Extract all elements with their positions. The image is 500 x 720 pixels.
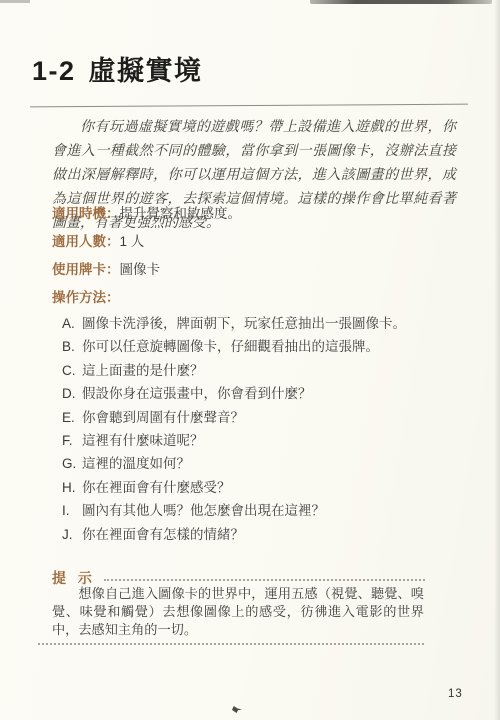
steps-list: A. 圖像卡洗淨後，牌面朝下，玩家任意抽出一張圖像卡。 B. 你可以任意旋轉圖像… [62, 312, 462, 546]
info-value: 圖像卡 [120, 262, 161, 277]
info-row-cards: 使用牌卡： 圖像卡 [52, 262, 452, 277]
step-item: D. 假設你身在這張畫中，你會看到什麼？ [62, 382, 462, 405]
step-text: 這裡有什麼味道呢？ [82, 429, 204, 452]
info-section: 適用時機： 提升覺察和敏感度。 適用人數： 1 人 使用牌卡： 圖像卡 操作方法… [52, 206, 452, 318]
step-letter: I. [62, 499, 82, 522]
step-item: C. 這上面畫的是什麼？ [62, 359, 462, 382]
step-letter: H. [62, 476, 82, 499]
step-letter: D. [62, 382, 82, 405]
title-divider [30, 104, 468, 108]
step-letter: F. [62, 429, 82, 452]
step-item: H. 你在裡面會有什麼感受？ [62, 476, 462, 499]
hint-dotted-rule-top [104, 579, 425, 581]
step-letter: G. [62, 452, 82, 475]
info-label: 使用牌卡： [52, 262, 120, 277]
step-item: E. 你會聽到周圍有什麼聲音？ [62, 406, 462, 429]
hint-paragraph: 想像自己進入圖像卡的世界中，運用五感（視覺、聽覺、嗅覺、味覺和觸覺）去想像圖像上… [52, 585, 424, 638]
page-number: 13 [448, 688, 463, 700]
step-text: 你在裡面會有什麼感受？ [82, 476, 231, 499]
step-text: 這上面畫的是什麼？ [82, 359, 204, 382]
step-text: 這裡的溫度如何？ [82, 452, 190, 475]
info-label: 適用時機： [52, 206, 120, 221]
scan-edge-shadow [494, 0, 500, 720]
step-text: 假設你身在這張畫中，你會看到什麼？ [82, 382, 312, 405]
step-text: 圖像卡洗淨後，牌面朝下，玩家任意抽出一張圖像卡。 [82, 312, 406, 335]
step-letter: B. [62, 335, 82, 358]
step-item: A. 圖像卡洗淨後，牌面朝下，玩家任意抽出一張圖像卡。 [62, 312, 462, 335]
info-value: 提升覺察和敏感度。 [120, 206, 242, 221]
info-label: 適用人數： [52, 234, 120, 249]
scanned-book-page: 1-2 虛擬實境 你有玩過虛擬實境的遊戲嗎？帶上設備進入遊戲的世界，你會進入一種… [0, 0, 500, 720]
info-value: 1 人 [120, 234, 145, 249]
info-row-timing: 適用時機： 提升覺察和敏感度。 [52, 206, 452, 221]
info-label: 操作方法： [52, 290, 120, 305]
step-letter: C. [62, 359, 82, 382]
scan-artifact-top-left [0, 0, 30, 3]
ink-smudge-mark [232, 706, 242, 713]
step-letter: J. [62, 523, 82, 546]
section-title: 1-2 虛擬實境 [32, 54, 203, 88]
step-text: 你可以任意旋轉圖像卡，仔細觀看抽出的這張牌。 [82, 335, 379, 358]
step-letter: E. [62, 406, 82, 429]
step-item: G. 這裡的溫度如何？ [62, 452, 462, 475]
step-letter: A. [62, 312, 82, 335]
hint-dotted-rule-bottom [38, 643, 424, 645]
step-text: 你會聽到周圍有什麼聲音？ [82, 406, 244, 429]
info-row-players: 適用人數： 1 人 [52, 234, 452, 249]
info-row-method: 操作方法： [52, 290, 452, 305]
scan-artifact-top-right [310, 0, 492, 4]
step-text: 你在裡面會有怎樣的情緒？ [82, 523, 244, 546]
step-item: I. 圖內有其他人嗎？他怎麼會出現在這裡？ [62, 499, 462, 522]
step-item: J. 你在裡面會有怎樣的情緒？ [62, 523, 462, 546]
step-item: F. 這裡有什麼味道呢？ [62, 429, 462, 452]
step-text: 圖內有其他人嗎？他怎麼會出現在這裡？ [82, 499, 325, 522]
step-item: B. 你可以任意旋轉圖像卡，仔細觀看抽出的這張牌。 [62, 335, 462, 358]
